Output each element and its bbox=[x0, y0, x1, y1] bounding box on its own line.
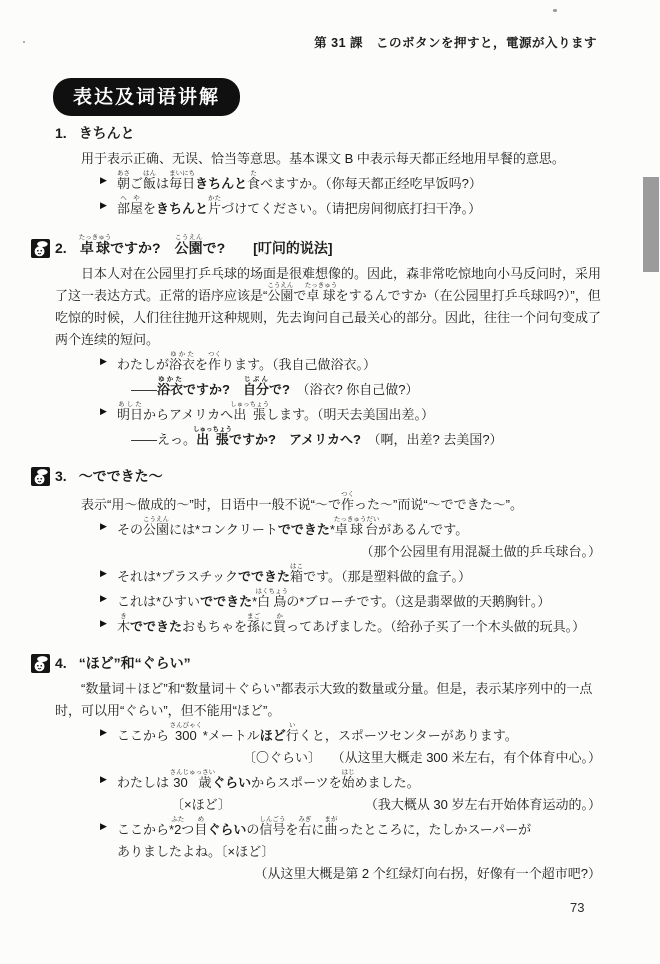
chapter-edge-tab bbox=[643, 177, 659, 272]
section-title: “ほど”和“ぐらい” bbox=[79, 655, 191, 671]
section-title: ～でできた～ bbox=[79, 468, 163, 484]
example-line: ▶わたしは 30 歳さんじゅっさいぐらいからスポーツを始はじめました。 bbox=[55, 769, 601, 794]
section: 2.卓球たっきゅうですか? 公園こうえんで? [叮问的说法]日本人对在公园里打乒… bbox=[55, 234, 601, 451]
example-text: ここから*2ふたつ目めぐらいの信号しんごうを右みぎに曲まがったところに，たしかス… bbox=[117, 822, 531, 837]
section-heading: 3.～でできた～ bbox=[55, 465, 601, 487]
face-speech-icon bbox=[31, 654, 50, 673]
paragraph: 表示“用～做成的～”时，日语中一般不说“～で作つくった～”而说“～でできた～”。 bbox=[55, 491, 601, 516]
bullet-icon: ▶ bbox=[100, 612, 107, 634]
example-text: わたしは 30 歳さんじゅっさいぐらいからスポーツを始はじめました。 bbox=[117, 775, 420, 790]
example-line: ▶木きでできたおもちゃを孫まごに買かってあげました。（给孙子买了一个木头做的玩具… bbox=[55, 613, 601, 638]
example-text: その公園こうえんには*コンクリートでできた*卓球台たっきゅうだいがあるんです。 bbox=[117, 522, 468, 537]
example-text: 明日あしたからアメリカへ出張しゅっちょうします。（明天去美国出差。） bbox=[117, 407, 434, 422]
section-badge: 表达及词语讲解 bbox=[53, 78, 240, 116]
example-text: それは*プラスチックでできた箱はこです。（那是塑料做的盒子。） bbox=[117, 569, 471, 584]
page-number: 73 bbox=[570, 900, 584, 915]
bullet-icon: ▶ bbox=[100, 721, 107, 743]
reply-line: ——浴衣ゆかたですか? 自分じぶんで? （浴衣? 你自己做?） bbox=[55, 376, 601, 401]
example-text: ここから 300さんびゃく *メートルほど行いくと，スポーツセンターがあります。 bbox=[117, 728, 518, 743]
section-number: 2. bbox=[55, 237, 67, 259]
face-speech-icon bbox=[31, 467, 50, 486]
reply-line: ——えっ。出張しゅっちょうですか? アメリカへ? （啊，出差? 去美国?） bbox=[55, 426, 601, 451]
bullet-icon: ▶ bbox=[100, 587, 107, 609]
example-line: ▶明日あしたからアメリカへ出張しゅっちょうします。（明天去美国出差。） bbox=[55, 401, 601, 426]
section-number: 4. bbox=[55, 652, 67, 674]
bullet-icon: ▶ bbox=[100, 350, 107, 372]
example-text: 木きでできたおもちゃを孫まごに買かってあげました。（给孙子买了一个木头做的玩具。… bbox=[117, 619, 585, 634]
bullet-icon: ▶ bbox=[100, 515, 107, 537]
note-line: 〔×ほど〕（我大概从 30 岁左右开始体育运动的。） bbox=[55, 794, 601, 816]
example-line: ▶その公園こうえんには*コンクリートでできた*卓球台たっきゅうだいがあるんです。 bbox=[55, 516, 601, 541]
example-line: ▶わたしが浴衣ゆかたを作つくります。（我自己做浴衣。） bbox=[55, 351, 601, 376]
section-title: きちんと bbox=[79, 125, 135, 141]
content: 1.きちんと用于表示正确、无误、恰当等意思。基本课文 B 中表示每天都正经地用早… bbox=[55, 122, 601, 899]
paragraph: 用于表示正确、无误、恰当等意思。基本课文 B 中表示每天都正经地用早餐的意思。 bbox=[55, 148, 601, 170]
section: 3.～でできた～表示“用～做成的～”时，日语中一般不说“～で作つくった～”而说“… bbox=[55, 465, 601, 638]
section-heading: 4.“ほど”和“ぐらい” bbox=[55, 652, 601, 674]
translation-text: （从这里大概走 300 米左右，有个体育中心。） bbox=[332, 747, 601, 769]
section-heading: 1.きちんと bbox=[55, 122, 601, 144]
grammar-note: 〔〇ぐらい〕 bbox=[243, 747, 321, 769]
textbook-page: 第 31 課 このボタンを押すと，電源が入ります 表达及词语讲解 1.きちんと用… bbox=[0, 0, 660, 964]
section-heading: 2.卓球たっきゅうですか? 公園こうえんで? [叮问的说法] bbox=[55, 234, 601, 259]
scan-artifact bbox=[23, 41, 25, 43]
example-line: ▶部屋へやをきちんと片かたづけてください。（请把房间彻底打扫干净。） bbox=[55, 195, 601, 220]
example-text: これは*ひすいでできた*白鳥はくちょうの*ブローチです。（这是翡翠做的天鹅胸针。… bbox=[117, 594, 550, 609]
note-line: 〔〇ぐらい〕（从这里大概走 300 米左右，有个体育中心。） bbox=[55, 747, 601, 769]
example-line: ▶ここから*2ふたつ目めぐらいの信号しんごうを右みぎに曲まがったところに，たしか… bbox=[55, 816, 601, 841]
section: 4.“ほど”和“ぐらい”“数量词＋ほど”和“数量词＋ぐらい”都表示大致的数量或分… bbox=[55, 652, 601, 885]
page-header: 第 31 課 このボタンを押すと，電源が入ります bbox=[0, 33, 597, 51]
bullet-icon: ▶ bbox=[100, 768, 107, 790]
bullet-icon: ▶ bbox=[100, 815, 107, 837]
section: 1.きちんと用于表示正确、无误、恰当等意思。基本课文 B 中表示每天都正经地用早… bbox=[55, 122, 601, 220]
example-text: 朝あさご飯はんは毎日まいにちきちんと食たべますか。（你每天都正经吃早饭吗?） bbox=[117, 176, 482, 191]
section-number: 1. bbox=[55, 122, 67, 144]
example-line: ▶それは*プラスチックでできた箱はこです。（那是塑料做的盒子。） bbox=[55, 563, 601, 588]
example-line: ▶これは*ひすいでできた*白鳥はくちょうの*ブローチです。（这是翡翠做的天鹅胸针… bbox=[55, 588, 601, 613]
bullet-icon: ▶ bbox=[100, 194, 107, 216]
translation-line: （那个公园里有用混凝土做的乒乓球台。） bbox=[55, 541, 601, 563]
translation-text: （我大概从 30 岁左右开始体育运动的。） bbox=[365, 794, 601, 816]
bullet-icon: ▶ bbox=[100, 169, 107, 191]
section-number: 3. bbox=[55, 465, 67, 487]
grammar-note: 〔×ほど〕 bbox=[171, 794, 231, 816]
example-line: ▶朝あさご飯はんは毎日まいにちきちんと食たべますか。（你每天都正经吃早饭吗?） bbox=[55, 170, 601, 195]
face-speech-icon bbox=[31, 239, 50, 258]
example-line: ▶ここから 300さんびゃく *メートルほど行いくと，スポーツセンターがあります… bbox=[55, 722, 601, 747]
paragraph: “数量词＋ほど”和“数量词＋ぐらい”都表示大致的数量或分量。但是，表示某序列中的… bbox=[55, 678, 601, 722]
bullet-icon: ▶ bbox=[100, 400, 107, 422]
example-text: わたしが浴衣ゆかたを作つくります。（我自己做浴衣。） bbox=[117, 357, 376, 372]
scan-artifact bbox=[553, 9, 557, 12]
example-text: 部屋へやをきちんと片かたづけてください。（请把房间彻底打扫干净。） bbox=[117, 201, 481, 216]
paragraph: 日本人对在公园里打乒乓球的场面是很难想像的。因此，森非常吃惊地向小马反问时，采用… bbox=[55, 263, 601, 351]
bullet-icon: ▶ bbox=[100, 562, 107, 584]
section-title: 卓球たっきゅうですか? 公園こうえんで? [叮问的说法] bbox=[79, 240, 333, 256]
translation-line: （从这里大概是第 2 个红绿灯向右拐，好像有一个超市吧?） bbox=[55, 863, 601, 885]
continuation-line: ありましたよね。〔×ほど〕 bbox=[55, 841, 601, 863]
